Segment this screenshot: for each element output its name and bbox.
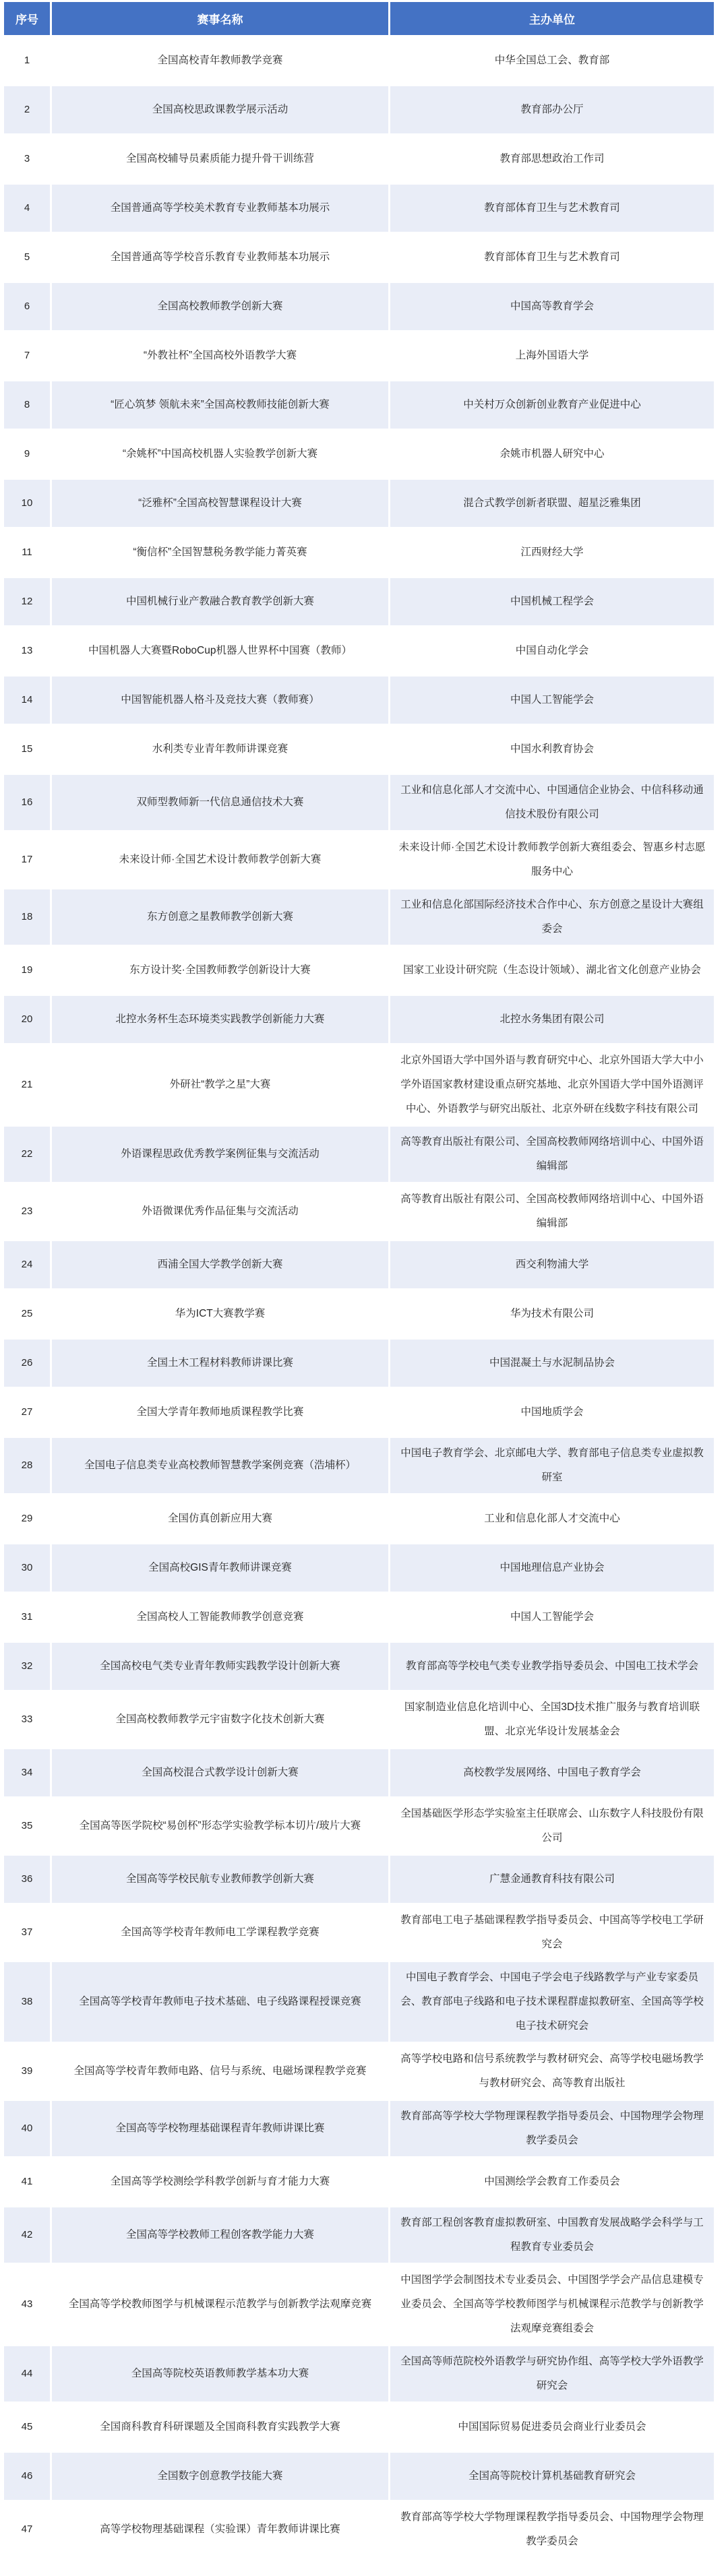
- organizer-name: 教育部高等学校大学物理课程教学指导委员会、中国物理学会物理教学委员会: [390, 2502, 714, 2557]
- event-name: 全国商科教育科研课题及全国商科教育实践教学大赛: [52, 2404, 388, 2451]
- table-row: 46 全国数字创意教学技能大赛 全国高等院校计算机基础教育研究会: [4, 2453, 714, 2500]
- table-row: 21 外研社“教学之星”大赛 北京外国语大学中国外语与教育研究中心、北京外国语大…: [4, 1045, 714, 1125]
- row-number: 45: [4, 2404, 50, 2451]
- event-name: 水利类专业青年教师讲课竞赛: [52, 726, 388, 773]
- event-name: 中国机械行业产教融合教育教学创新大赛: [52, 578, 388, 625]
- row-number: 14: [4, 677, 50, 724]
- row-number: 6: [4, 283, 50, 330]
- event-name: 未来设计师·全国艺术设计教师教学创新大赛: [52, 832, 388, 887]
- organizer-name: 高等学校电路和信号系统教学与教材研究会、高等学校电磁场教学与教材研究会、高等教育…: [390, 2044, 714, 2099]
- row-number: 43: [4, 2265, 50, 2344]
- table-header: 序号 赛事名称 主办单位: [4, 2, 714, 35]
- table-row: 43 全国高等学校教师图学与机械课程示范教学与创新教学法观摩竞赛 中国图学学会制…: [4, 2265, 714, 2344]
- row-number: 27: [4, 1389, 50, 1436]
- event-name: 全国高校人工智能教师教学创意竞赛: [52, 1594, 388, 1641]
- organizer-name: 中国人工智能学会: [390, 1594, 714, 1641]
- row-number: 22: [4, 1127, 50, 1182]
- row-number: 33: [4, 1692, 50, 1747]
- row-number: 37: [4, 1905, 50, 1960]
- event-name: 北控水务杯生态环境类实践教学创新能力大赛: [52, 996, 388, 1043]
- row-number: 36: [4, 1856, 50, 1903]
- event-name: “外教社杯”全国高校外语教学大赛: [52, 332, 388, 379]
- table-row: 40 全国高等学校物理基础课程青年教师讲课比赛 教育部高等学校大学物理课程教学指…: [4, 2101, 714, 2156]
- row-number: 18: [4, 889, 50, 945]
- event-name: 外研社“教学之星”大赛: [52, 1045, 388, 1125]
- event-name: 全国高等学校民航专业教师教学创新大赛: [52, 1856, 388, 1903]
- row-number: 25: [4, 1290, 50, 1338]
- table-row: 9 “余姚杯”中国高校机器人实验教学创新大赛 余姚市机器人研究中心: [4, 431, 714, 478]
- table-row: 13 中国机器人大赛暨RoboCup机器人世界杯中国赛（教师） 中国自动化学会: [4, 627, 714, 674]
- table-row: 20 北控水务杯生态环境类实践教学创新能力大赛 北控水务集团有限公司: [4, 996, 714, 1043]
- organizer-name: 教育部高等学校电气类专业教学指导委员会、中国电工技术学会: [390, 1643, 714, 1690]
- event-name: 全国普通高等学校美术教育专业教师基本功展示: [52, 185, 388, 232]
- table-row: 36 全国高等学校民航专业教师教学创新大赛 广慧金通教育科技有限公司: [4, 1856, 714, 1903]
- table-row: 17 未来设计师·全国艺术设计教师教学创新大赛 未来设计师·全国艺术设计教师教学…: [4, 832, 714, 887]
- organizer-name: 高校教学发展网络、中国电子教育学会: [390, 1749, 714, 1796]
- event-name: 全国高等学校物理基础课程青年教师讲课比赛: [52, 2101, 388, 2156]
- event-name: 全国高等学校教师图学与机械课程示范教学与创新教学法观摩竞赛: [52, 2265, 388, 2344]
- organizer-name: 中国测绘学会教育工作委员会: [390, 2158, 714, 2205]
- organizer-name: 教育部工程创客教育虚拟教研室、中国教育发展战略学会科学与工程教育专业委员会: [390, 2207, 714, 2263]
- table-row: 42 全国高等学校教师工程创客教学能力大赛 教育部工程创客教育虚拟教研室、中国教…: [4, 2207, 714, 2263]
- table-row: 37 全国高等学校青年教师电工学课程教学竞赛 教育部电工电子基础课程教学指导委员…: [4, 1905, 714, 1960]
- event-name: 全国高校电气类专业青年教师实践教学设计创新大赛: [52, 1643, 388, 1690]
- table-row: 7 “外教社杯”全国高校外语教学大赛 上海外国语大学: [4, 332, 714, 379]
- competition-table: 序号 赛事名称 主办单位 1 全国高校青年教师教学竞赛 中华全国总工会、教育部 …: [2, 0, 716, 2559]
- organizer-name: 中国机械工程学会: [390, 578, 714, 625]
- event-name: 全国高等学校青年教师电路、信号与系统、电磁场课程教学竞赛: [52, 2044, 388, 2099]
- event-name: 全国土木工程材料教师讲课比赛: [52, 1340, 388, 1387]
- event-name: 全国高校青年教师教学竞赛: [52, 37, 388, 84]
- organizer-name: 中国电子教育学会、中国电子学会电子线路教学与产业专家委员会、教育部电子线路和电子…: [390, 1962, 714, 2042]
- event-name: 全国高校辅导员素质能力提升骨干训练营: [52, 135, 388, 183]
- table-row: 23 外语微课优秀作品征集与交流活动 高等教育出版社有限公司、全国高校教师网络培…: [4, 1184, 714, 1239]
- organizer-name: 北京外国语大学中国外语与教育研究中心、北京外国语大学大中小学外语国家教材建设重点…: [390, 1045, 714, 1125]
- event-name: 华为ICT大赛教学赛: [52, 1290, 388, 1338]
- table-row: 8 “匠心筑梦 领航未来”全国高校教师技能创新大赛 中关村万众创新创业教育产业促…: [4, 381, 714, 429]
- organizer-name: 北控水务集团有限公司: [390, 996, 714, 1043]
- row-number: 40: [4, 2101, 50, 2156]
- event-name: 全国高等院校英语教师教学基本功大赛: [52, 2346, 388, 2401]
- organizer-name: 国家工业设计研究院（生态设计领域）、湖北省文化创意产业协会: [390, 947, 714, 994]
- row-number: 3: [4, 135, 50, 183]
- column-header-event: 赛事名称: [52, 2, 388, 35]
- organizer-name: 中国水利教育协会: [390, 726, 714, 773]
- event-name: “泛雅杯”全国高校智慧课程设计大赛: [52, 480, 388, 527]
- column-header-organizer: 主办单位: [390, 2, 714, 35]
- table-row: 22 外语课程思政优秀教学案例征集与交流活动 高等教育出版社有限公司、全国高校教…: [4, 1127, 714, 1182]
- organizer-name: 西交利物浦大学: [390, 1241, 714, 1288]
- row-number: 44: [4, 2346, 50, 2401]
- row-number: 46: [4, 2453, 50, 2500]
- row-number: 7: [4, 332, 50, 379]
- event-name: 全国高等学校测绘学科教学创新与育才能力大赛: [52, 2158, 388, 2205]
- row-number: 15: [4, 726, 50, 773]
- table-row: 25 华为ICT大赛教学赛 华为技术有限公司: [4, 1290, 714, 1338]
- table-row: 18 东方创意之星教师教学创新大赛 工业和信息化部国际经济技术合作中心、东方创意…: [4, 889, 714, 945]
- table-row: 32 全国高校电气类专业青年教师实践教学设计创新大赛 教育部高等学校电气类专业教…: [4, 1643, 714, 1690]
- header-row: 序号 赛事名称 主办单位: [4, 2, 714, 35]
- table-row: 14 中国智能机器人格斗及竞技大赛（教师赛） 中国人工智能学会: [4, 677, 714, 724]
- table-row: 33 全国高校教师教学元宇宙数字化技术创新大赛 国家制造业信息化培训中心、全国3…: [4, 1692, 714, 1747]
- organizer-name: 工业和信息化部国际经济技术合作中心、东方创意之星设计大赛组委会: [390, 889, 714, 945]
- organizer-name: 中国自动化学会: [390, 627, 714, 674]
- table-row: 2 全国高校思政课教学展示活动 教育部办公厅: [4, 86, 714, 133]
- event-name: 西浦全国大学教学创新大赛: [52, 1241, 388, 1288]
- organizer-name: 教育部办公厅: [390, 86, 714, 133]
- event-name: 外语微课优秀作品征集与交流活动: [52, 1184, 388, 1239]
- table-row: 41 全国高等学校测绘学科教学创新与育才能力大赛 中国测绘学会教育工作委员会: [4, 2158, 714, 2205]
- organizer-name: 教育部体育卫生与艺术教育司: [390, 185, 714, 232]
- table-row: 47 高等学校物理基础课程（实验课）青年教师讲课比赛 教育部高等学校大学物理课程…: [4, 2502, 714, 2557]
- event-name: 全国高等学校教师工程创客教学能力大赛: [52, 2207, 388, 2263]
- event-name: 中国智能机器人格斗及竞技大赛（教师赛）: [52, 677, 388, 724]
- organizer-name: 中国人工智能学会: [390, 677, 714, 724]
- table-row: 4 全国普通高等学校美术教育专业教师基本功展示 教育部体育卫生与艺术教育司: [4, 185, 714, 232]
- table-row: 24 西浦全国大学教学创新大赛 西交利物浦大学: [4, 1241, 714, 1288]
- event-name: 全国高校教师教学创新大赛: [52, 283, 388, 330]
- organizer-name: 教育部电工电子基础课程教学指导委员会、中国高等学校电工学研究会: [390, 1905, 714, 1960]
- page: 序号 赛事名称 主办单位 1 全国高校青年教师教学竞赛 中华全国总工会、教育部 …: [0, 0, 728, 2559]
- row-number: 11: [4, 529, 50, 576]
- row-number: 34: [4, 1749, 50, 1796]
- row-number: 26: [4, 1340, 50, 1387]
- table-row: 26 全国土木工程材料教师讲课比赛 中国混凝土与水泥制品协会: [4, 1340, 714, 1387]
- organizer-name: 高等教育出版社有限公司、全国高校教师网络培训中心、中国外语编辑部: [390, 1184, 714, 1239]
- table-row: 16 双师型教师新一代信息通信技术大赛 工业和信息化部人才交流中心、中国通信企业…: [4, 775, 714, 830]
- organizer-name: 混合式教学创新者联盟、超星泛雅集团: [390, 480, 714, 527]
- row-number: 19: [4, 947, 50, 994]
- table-row: 11 “衡信杯”全国智慧税务教学能力菁英赛 江西财经大学: [4, 529, 714, 576]
- event-name: “余姚杯”中国高校机器人实验教学创新大赛: [52, 431, 388, 478]
- table-row: 10 “泛雅杯”全国高校智慧课程设计大赛 混合式教学创新者联盟、超星泛雅集团: [4, 480, 714, 527]
- organizer-name: 广慧金通教育科技有限公司: [390, 1856, 714, 1903]
- event-name: “衡信杯”全国智慧税务教学能力菁英赛: [52, 529, 388, 576]
- row-number: 31: [4, 1594, 50, 1641]
- organizer-name: 中国混凝土与水泥制品协会: [390, 1340, 714, 1387]
- row-number: 13: [4, 627, 50, 674]
- event-name: 东方设计奖·全国教师教学创新设计大赛: [52, 947, 388, 994]
- table-row: 39 全国高等学校青年教师电路、信号与系统、电磁场课程教学竞赛 高等学校电路和信…: [4, 2044, 714, 2099]
- organizer-name: 中国图学学会制图技术专业委员会、中国图学学会产品信息建模专业委员会、全国高等学校…: [390, 2265, 714, 2344]
- organizer-name: 未来设计师·全国艺术设计教师教学创新大赛组委会、智惠乡村志愿服务中心: [390, 832, 714, 887]
- event-name: 高等学校物理基础课程（实验课）青年教师讲课比赛: [52, 2502, 388, 2557]
- row-number: 20: [4, 996, 50, 1043]
- event-name: 中国机器人大赛暨RoboCup机器人世界杯中国赛（教师）: [52, 627, 388, 674]
- table-row: 28 全国电子信息类专业高校教师智慧教学案例竞赛（浩埔杯） 中国电子教育学会、北…: [4, 1438, 714, 1493]
- row-number: 9: [4, 431, 50, 478]
- row-number: 2: [4, 86, 50, 133]
- table-row: 3 全国高校辅导员素质能力提升骨干训练营 教育部思想政治工作司: [4, 135, 714, 183]
- row-number: 16: [4, 775, 50, 830]
- table-row: 19 东方设计奖·全国教师教学创新设计大赛 国家工业设计研究院（生态设计领域）、…: [4, 947, 714, 994]
- row-number: 35: [4, 1798, 50, 1854]
- table-row: 30 全国高校GIS青年教师讲课竞赛 中国地理信息产业协会: [4, 1544, 714, 1592]
- table-row: 12 中国机械行业产教融合教育教学创新大赛 中国机械工程学会: [4, 578, 714, 625]
- organizer-name: 华为技术有限公司: [390, 1290, 714, 1338]
- event-name: 双师型教师新一代信息通信技术大赛: [52, 775, 388, 830]
- organizer-name: 教育部体育卫生与艺术教育司: [390, 234, 714, 281]
- organizer-name: 上海外国语大学: [390, 332, 714, 379]
- row-number: 21: [4, 1045, 50, 1125]
- organizer-name: 全国高等师范院校外语教学与研究协作组、高等学校大学外语教学研究会: [390, 2346, 714, 2401]
- event-name: 全国普通高等学校音乐教育专业教师基本功展示: [52, 234, 388, 281]
- row-number: 41: [4, 2158, 50, 2205]
- row-number: 32: [4, 1643, 50, 1690]
- organizer-name: 教育部思想政治工作司: [390, 135, 714, 183]
- table-body: 1 全国高校青年教师教学竞赛 中华全国总工会、教育部 2 全国高校思政课教学展示…: [4, 37, 714, 2557]
- row-number: 29: [4, 1495, 50, 1542]
- event-name: 全国高校GIS青年教师讲课竞赛: [52, 1544, 388, 1592]
- event-name: 全国数字创意教学技能大赛: [52, 2453, 388, 2500]
- event-name: “匠心筑梦 领航未来”全国高校教师技能创新大赛: [52, 381, 388, 429]
- event-name: 全国大学青年教师地质课程教学比赛: [52, 1389, 388, 1436]
- row-number: 38: [4, 1962, 50, 2042]
- organizer-name: 高等教育出版社有限公司、全国高校教师网络培训中心、中国外语编辑部: [390, 1127, 714, 1182]
- organizer-name: 中国地理信息产业协会: [390, 1544, 714, 1592]
- row-number: 8: [4, 381, 50, 429]
- event-name: 全国电子信息类专业高校教师智慧教学案例竞赛（浩埔杯）: [52, 1438, 388, 1493]
- table-row: 27 全国大学青年教师地质课程教学比赛 中国地质学会: [4, 1389, 714, 1436]
- column-header-number: 序号: [4, 2, 50, 35]
- organizer-name: 中关村万众创新创业教育产业促进中心: [390, 381, 714, 429]
- row-number: 28: [4, 1438, 50, 1493]
- organizer-name: 全国高等院校计算机基础教育研究会: [390, 2453, 714, 2500]
- row-number: 4: [4, 185, 50, 232]
- organizer-name: 中国电子教育学会、北京邮电大学、教育部电子信息类专业虚拟教研室: [390, 1438, 714, 1493]
- row-number: 39: [4, 2044, 50, 2099]
- table-row: 5 全国普通高等学校音乐教育专业教师基本功展示 教育部体育卫生与艺术教育司: [4, 234, 714, 281]
- event-name: 全国高校思政课教学展示活动: [52, 86, 388, 133]
- event-name: 全国高等医学院校“易创杯”形态学实验教学标本切片/玻片大赛: [52, 1798, 388, 1854]
- organizer-name: 中国国际贸易促进委员会商业行业委员会: [390, 2404, 714, 2451]
- row-number: 30: [4, 1544, 50, 1592]
- table-row: 45 全国商科教育科研课题及全国商科教育实践教学大赛 中国国际贸易促进委员会商业…: [4, 2404, 714, 2451]
- table-row: 38 全国高等学校青年教师电子技术基础、电子线路课程授课竞赛 中国电子教育学会、…: [4, 1962, 714, 2042]
- organizer-name: 工业和信息化部人才交流中心、中国通信企业协会、中信科移动通信技术股份有限公司: [390, 775, 714, 830]
- organizer-name: 中华全国总工会、教育部: [390, 37, 714, 84]
- event-name: 东方创意之星教师教学创新大赛: [52, 889, 388, 945]
- table-row: 15 水利类专业青年教师讲课竞赛 中国水利教育协会: [4, 726, 714, 773]
- row-number: 24: [4, 1241, 50, 1288]
- table-row: 29 全国仿真创新应用大赛 工业和信息化部人才交流中心: [4, 1495, 714, 1542]
- table-row: 44 全国高等院校英语教师教学基本功大赛 全国高等师范院校外语教学与研究协作组、…: [4, 2346, 714, 2401]
- table-row: 35 全国高等医学院校“易创杯”形态学实验教学标本切片/玻片大赛 全国基础医学形…: [4, 1798, 714, 1854]
- row-number: 17: [4, 832, 50, 887]
- row-number: 23: [4, 1184, 50, 1239]
- row-number: 12: [4, 578, 50, 625]
- event-name: 全国高校混合式教学设计创新大赛: [52, 1749, 388, 1796]
- organizer-name: 余姚市机器人研究中心: [390, 431, 714, 478]
- event-name: 全国高等学校青年教师电工学课程教学竞赛: [52, 1905, 388, 1960]
- organizer-name: 全国基础医学形态学实验室主任联席会、山东数字人科技股份有限公司: [390, 1798, 714, 1854]
- organizer-name: 江西财经大学: [390, 529, 714, 576]
- table-row: 31 全国高校人工智能教师教学创意竞赛 中国人工智能学会: [4, 1594, 714, 1641]
- row-number: 5: [4, 234, 50, 281]
- table-row: 34 全国高校混合式教学设计创新大赛 高校教学发展网络、中国电子教育学会: [4, 1749, 714, 1796]
- event-name: 全国高校教师教学元宇宙数字化技术创新大赛: [52, 1692, 388, 1747]
- table-row: 6 全国高校教师教学创新大赛 中国高等教育学会: [4, 283, 714, 330]
- organizer-name: 中国地质学会: [390, 1389, 714, 1436]
- row-number: 10: [4, 480, 50, 527]
- event-name: 外语课程思政优秀教学案例征集与交流活动: [52, 1127, 388, 1182]
- organizer-name: 国家制造业信息化培训中心、全国3D技术推广服务与教育培训联盟、北京光华设计发展基…: [390, 1692, 714, 1747]
- row-number: 1: [4, 37, 50, 84]
- organizer-name: 中国高等教育学会: [390, 283, 714, 330]
- event-name: 全国高等学校青年教师电子技术基础、电子线路课程授课竞赛: [52, 1962, 388, 2042]
- row-number: 42: [4, 2207, 50, 2263]
- row-number: 47: [4, 2502, 50, 2557]
- organizer-name: 教育部高等学校大学物理课程教学指导委员会、中国物理学会物理教学委员会: [390, 2101, 714, 2156]
- table-row: 1 全国高校青年教师教学竞赛 中华全国总工会、教育部: [4, 37, 714, 84]
- organizer-name: 工业和信息化部人才交流中心: [390, 1495, 714, 1542]
- event-name: 全国仿真创新应用大赛: [52, 1495, 388, 1542]
